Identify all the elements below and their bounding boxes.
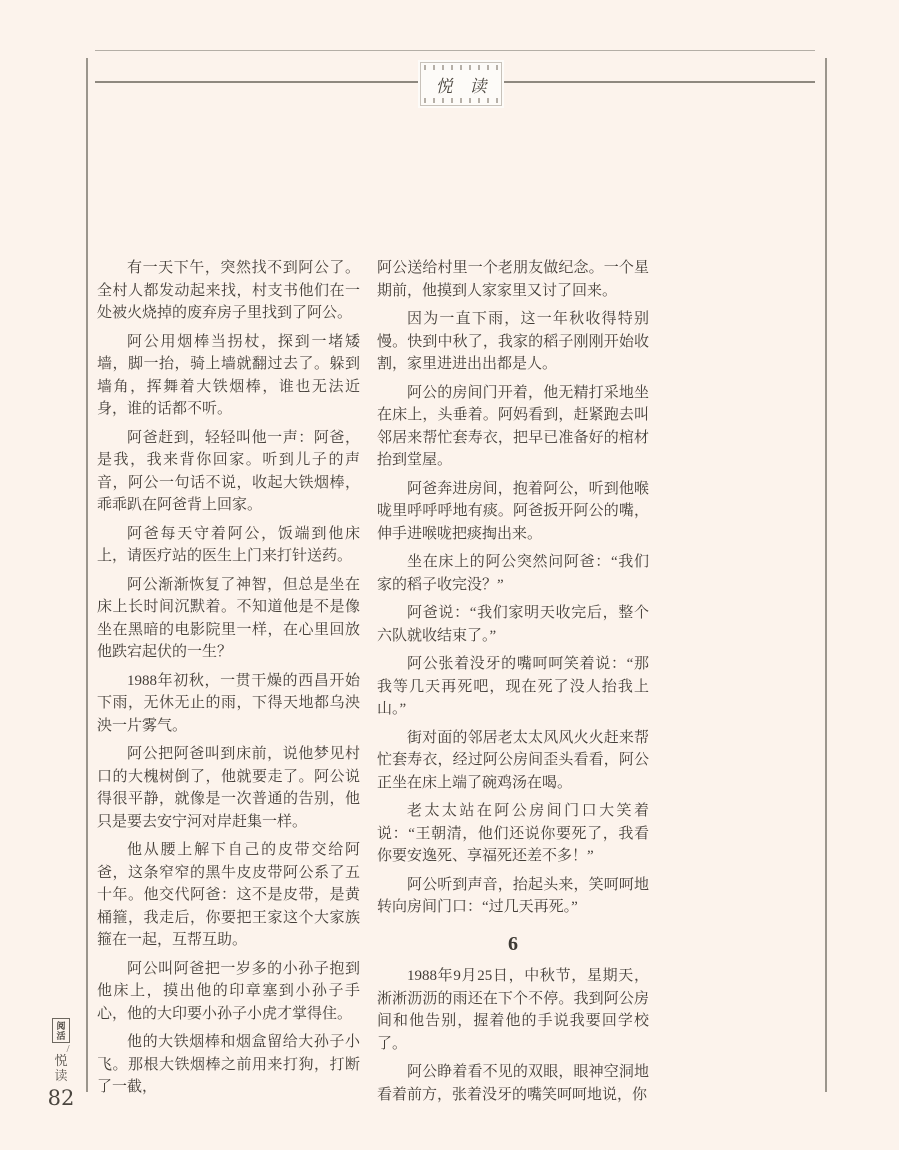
paragraph: 老太太站在阿公房间门口大笑着说：“王朝清，他们还说你要死了，我看你要安逸死、享福… (377, 800, 649, 868)
paragraph: 阿公张着没牙的嘴呵呵笑着说：“那我等几天再死吧，现在死了没人抬我上山。” (377, 653, 649, 721)
paragraph: 阿公的房间门开着，他无精打采地坐在床上，头垂着。阿妈看到，赶紧跑去叫邻居来帮忙套… (377, 382, 649, 472)
paragraph-continuation: 阿公送给村里一个老朋友做纪念。一个星期前，他摸到人家家里又讨了回来。 (377, 257, 649, 302)
right-column: 阿公送给村里一个老朋友做纪念。一个星期前，他摸到人家家里又讨了回来。 因为一直下… (377, 257, 649, 1112)
section-stamp: 悦读 (420, 62, 502, 106)
paragraph: 他的大铁烟棒和烟盒留给大孙子小飞。那根大铁烟棒之前用来打狗，打断了一截， (97, 1031, 360, 1099)
left-margin-rule (86, 58, 88, 1092)
page-number: 82 (48, 1087, 75, 1109)
paragraph: 他从腰上解下自己的皮带交给阿爸，这条窄窄的黑牛皮皮带阿公系了五十年。他交代阿爸：… (97, 839, 360, 952)
paragraph: 街对面的邻居老太太风风火火赶来帮忙套寿衣，经过阿公房间歪头看看，阿公正坐在床上端… (377, 727, 649, 795)
paragraph: 阿爸每天守着阿公，饭端到他床上，请医疗站的医生上门来打针送药。 (97, 523, 360, 568)
paragraph: 阿爸奔进房间，抱着阿公，听到他喉咙里呼呼呼地有痰。阿爸扳开阿公的嘴，伸手进喉咙把… (377, 478, 649, 546)
paragraph: 阿公把阿爸叫到床前，说他梦见村口的大槐树倒了，他就要走了。阿公说得很平静，就像是… (97, 743, 360, 833)
paragraph: 1988年9月25日，中秋节，星期天，淅淅沥沥的雨还在下个不停。我到阿公房间和他… (377, 965, 649, 1055)
paragraph: 因为一直下雨，这一年秋收得特别慢。快到中秋了，我家的稻子刚刚开始收割，家里进进出… (377, 308, 649, 376)
paragraph: 有一天下午，突然找不到阿公了。全村人都发动起来找，村支书他们在一处被火烧掉的废弃… (97, 257, 360, 325)
section-stamp-label: 悦读 (419, 72, 504, 97)
magazine-name: 悦读 (54, 1054, 69, 1083)
paragraph: 1988年初秋，一贯干燥的西昌开始下雨，无休无止的雨，下得天地都乌泱泱一片雾气。 (97, 670, 360, 738)
left-column: 有一天下午，突然找不到阿公了。全村人都发动起来找，村支书他们在一处被火烧掉的废弃… (97, 257, 360, 1105)
paragraph: 阿爸赶到，轻轻叫他一声：阿爸，是我，我来背你回家。听到儿子的声音，阿公一句话不说… (97, 427, 360, 517)
paragraph: 阿公听到声音，抬起头来，笑呵呵地转向房间门口：“过几天再死。” (377, 874, 649, 919)
paragraph: 阿公渐渐恢复了神智，但总是坐在床上长时间沉默着。不知道他是不是像坐在黑暗的电影院… (97, 574, 360, 664)
paragraph: 阿公叫阿爸把一岁多的小孙子抱到他床上，摸出他的印章塞到小孙子手心，他的大印要小孙… (97, 958, 360, 1026)
top-rule (95, 50, 815, 51)
magazine-logo-box: 阅活 (52, 1018, 70, 1043)
section-number: 6 (377, 933, 649, 956)
paragraph: 阿爸说：“我们家明天收完后，整个六队就收结束了。” (377, 602, 649, 647)
paragraph: 坐在床上的阿公突然问阿爸：“我们家的稻子收完没？” (377, 551, 649, 596)
magazine-page: 悦读 有一天下午，突然找不到阿公了。全村人都发动起来找，村支书他们在一处被火烧掉… (0, 0, 899, 1150)
paragraph: 阿公用烟棒当拐杖，探到一堵矮墙，脚一抬，骑上墙就翻过去了。躲到墙角，挥舞着大铁烟… (97, 331, 360, 421)
paragraph: 阿公睁着看不见的双眼，眼神空洞地看着前方，张着没牙的嘴笑呵呵地说，你 (377, 1061, 649, 1106)
page-footer: 阅活 / 悦读 82 (41, 1018, 81, 1109)
right-margin-rule (825, 58, 827, 1092)
